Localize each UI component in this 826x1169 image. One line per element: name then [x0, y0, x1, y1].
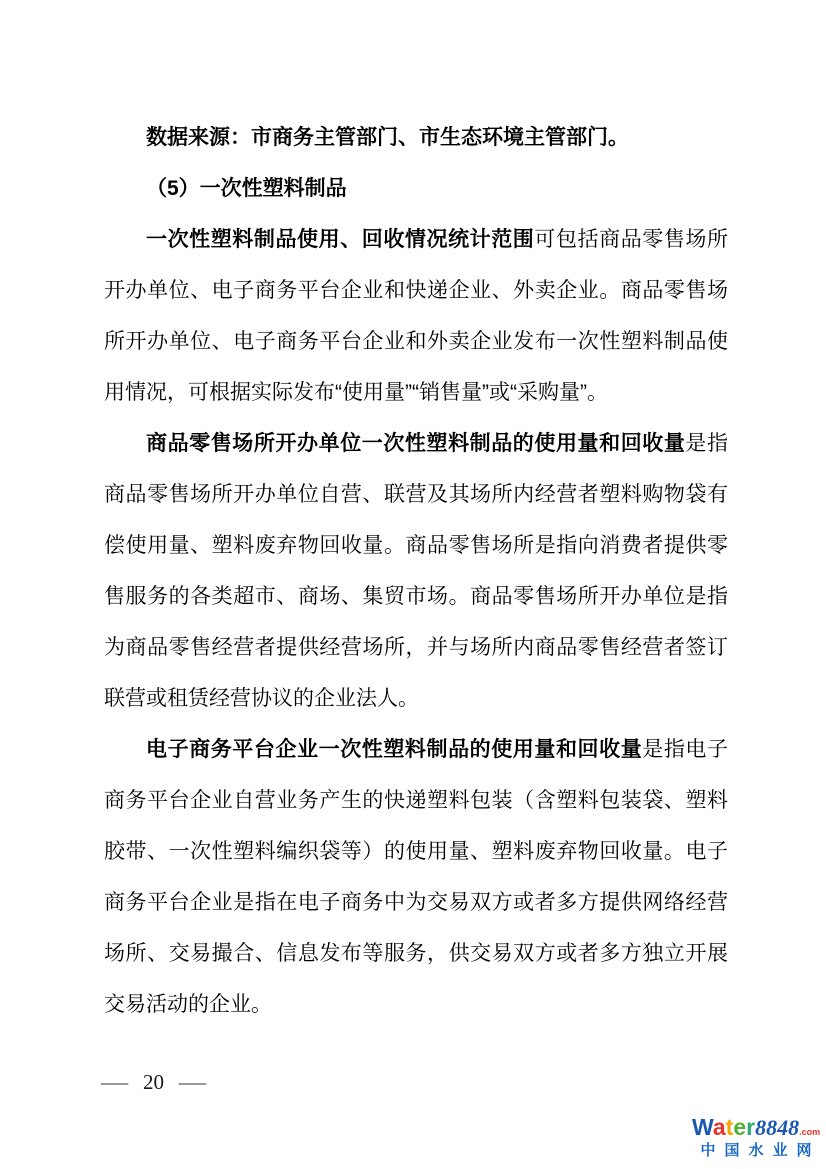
watermark-brand-tld: .com [799, 1127, 820, 1137]
water8848-watermark: Water8848.com 中国水业网 [692, 1116, 820, 1158]
page-number-dash-right: — [179, 1070, 206, 1095]
page-content: 数据来源：市商务主管部门、市生态环境主管部门。 （5）一次性塑料制品 一次性塑料… [104, 112, 728, 1030]
page-number-value: 20 [143, 1070, 164, 1094]
data-source-line: 数据来源：市商务主管部门、市生态环境主管部门。 [104, 112, 728, 163]
page-number: —20— [104, 1070, 203, 1095]
watermark-subtitle: 中国水业网 [692, 1143, 826, 1158]
paragraph-statistics-scope: 一次性塑料制品使用、回收情况统计范围可包括商品零售场所开办单位、电子商务平台企业… [104, 214, 728, 418]
section-heading: （5）一次性塑料制品 [104, 163, 728, 214]
paragraph-lead-bold: 商品零售场所开办单位一次性塑料制品的使用量和回收量 [146, 432, 685, 455]
page-number-dash-left: — [101, 1070, 128, 1095]
paragraph-lead-bold: 电子商务平台企业一次性塑料制品的使用量和回收量 [146, 738, 642, 761]
paragraph-body-text: 是指电子商务平台企业自营业务产生的快递塑料包装（含塑料包装袋、塑料胶带、一次性塑… [104, 738, 728, 1016]
paragraph-body-text: 是指商品零售场所开办单位自营、联营及其场所内经营者塑料购物袋有偿使用量、塑料废弃… [104, 432, 728, 710]
watermark-brand-line: Water8848.com [692, 1116, 820, 1139]
paragraph-lead-bold: 一次性塑料制品使用、回收情况统计范围 [146, 228, 534, 251]
document-page: 数据来源：市商务主管部门、市生态环境主管部门。 （5）一次性塑料制品 一次性塑料… [0, 0, 826, 1169]
paragraph-body-text: 可包括商品零售场所开办单位、电子商务平台企业和快递企业、外卖企业。商品零售场所开… [104, 228, 728, 404]
paragraph-retail-definition: 商品零售场所开办单位一次性塑料制品的使用量和回收量是指商品零售场所开办单位自营、… [104, 418, 728, 724]
watermark-brand-number: 8848 [755, 1115, 799, 1140]
paragraph-ecommerce-definition: 电子商务平台企业一次性塑料制品的使用量和回收量是指电子商务平台企业自营业务产生的… [104, 724, 728, 1030]
